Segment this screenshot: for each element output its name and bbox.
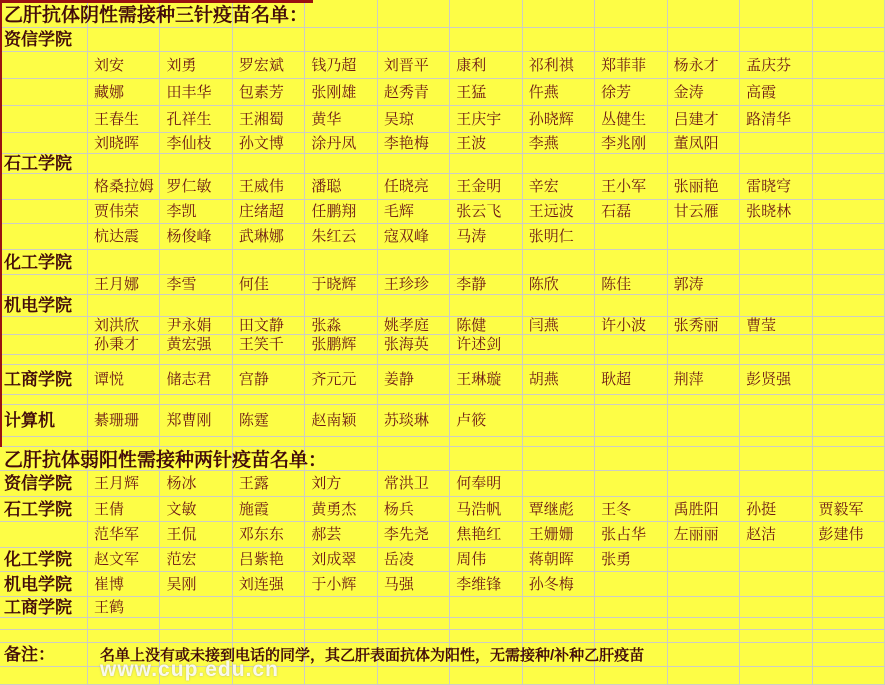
- table-cell[interactable]: [813, 133, 885, 154]
- table-cell[interactable]: [378, 447, 450, 471]
- row-label-cell[interactable]: [0, 224, 88, 250]
- table-cell[interactable]: [378, 667, 450, 685]
- row-label-cell[interactable]: [0, 0, 88, 28]
- table-cell[interactable]: [813, 52, 885, 79]
- table-cell[interactable]: [740, 667, 812, 685]
- table-cell[interactable]: [595, 437, 667, 447]
- row-label-cell[interactable]: [0, 355, 88, 365]
- table-cell[interactable]: [233, 154, 305, 174]
- table-cell[interactable]: 黄勇杰: [305, 497, 377, 522]
- table-cell[interactable]: [668, 250, 740, 275]
- table-cell[interactable]: [595, 0, 667, 28]
- table-cell[interactable]: 武琳娜: [233, 224, 305, 250]
- table-cell[interactable]: [595, 572, 667, 597]
- table-cell[interactable]: 李仙枝: [160, 133, 232, 154]
- table-cell[interactable]: [233, 28, 305, 52]
- table-cell[interactable]: [668, 224, 740, 250]
- row-label-cell[interactable]: [0, 79, 88, 106]
- table-cell[interactable]: [668, 405, 740, 437]
- table-cell[interactable]: [668, 597, 740, 618]
- table-cell[interactable]: [88, 395, 160, 405]
- table-cell[interactable]: 杨冰: [160, 471, 232, 497]
- table-cell[interactable]: [595, 154, 667, 174]
- table-cell[interactable]: [813, 174, 885, 200]
- table-cell[interactable]: 罗宏斌: [233, 52, 305, 79]
- table-cell[interactable]: [160, 447, 232, 471]
- table-cell[interactable]: [595, 667, 667, 685]
- table-cell[interactable]: [740, 28, 812, 52]
- table-cell[interactable]: [305, 437, 377, 447]
- table-cell[interactable]: [740, 154, 812, 174]
- table-cell[interactable]: [523, 447, 595, 471]
- table-cell[interactable]: 范华军: [88, 522, 160, 548]
- table-cell[interactable]: 孟庆芬: [740, 52, 812, 79]
- table-cell[interactable]: [88, 154, 160, 174]
- table-cell[interactable]: [523, 643, 595, 667]
- table-cell[interactable]: [88, 630, 160, 643]
- table-cell[interactable]: 王猛: [450, 79, 522, 106]
- table-cell[interactable]: 左丽丽: [668, 522, 740, 548]
- row-label-cell[interactable]: [0, 447, 88, 471]
- table-cell[interactable]: 张占华: [595, 522, 667, 548]
- table-cell[interactable]: 潘聪: [305, 174, 377, 200]
- table-cell[interactable]: 张秀丽: [668, 317, 740, 335]
- table-cell[interactable]: 马强: [378, 572, 450, 597]
- table-cell[interactable]: [450, 28, 522, 52]
- table-cell[interactable]: 杨俊峰: [160, 224, 232, 250]
- table-cell[interactable]: [378, 295, 450, 317]
- table-cell[interactable]: [595, 643, 667, 667]
- table-cell[interactable]: 王月娜: [88, 275, 160, 295]
- table-cell[interactable]: [740, 643, 812, 667]
- table-cell[interactable]: [160, 437, 232, 447]
- table-cell[interactable]: [668, 572, 740, 597]
- table-cell[interactable]: 赵洁: [740, 522, 812, 548]
- row-label-cell[interactable]: [0, 437, 88, 447]
- table-cell[interactable]: 李凯: [160, 200, 232, 224]
- table-cell[interactable]: [668, 643, 740, 667]
- table-cell[interactable]: [668, 548, 740, 572]
- table-cell[interactable]: [595, 224, 667, 250]
- table-cell[interactable]: 李雪: [160, 275, 232, 295]
- table-cell[interactable]: [668, 395, 740, 405]
- table-cell[interactable]: [523, 618, 595, 630]
- table-cell[interactable]: 焦艳红: [450, 522, 522, 548]
- table-cell[interactable]: 许述剑: [450, 335, 522, 355]
- table-cell[interactable]: 孙晓辉: [523, 106, 595, 133]
- table-cell[interactable]: 姜静: [378, 365, 450, 395]
- table-cell[interactable]: 庄绪超: [233, 200, 305, 224]
- table-cell[interactable]: 金涛: [668, 79, 740, 106]
- table-cell[interactable]: [378, 618, 450, 630]
- table-cell[interactable]: [595, 630, 667, 643]
- table-cell[interactable]: [305, 447, 377, 471]
- table-cell[interactable]: [740, 355, 812, 365]
- table-cell[interactable]: [88, 355, 160, 365]
- table-cell[interactable]: 李静: [450, 275, 522, 295]
- table-cell[interactable]: 王笑千: [233, 335, 305, 355]
- table-cell[interactable]: 周伟: [450, 548, 522, 572]
- table-cell[interactable]: 储志君: [160, 365, 232, 395]
- table-cell[interactable]: [305, 250, 377, 275]
- table-cell[interactable]: [595, 447, 667, 471]
- table-cell[interactable]: [450, 395, 522, 405]
- table-cell[interactable]: [523, 471, 595, 497]
- table-cell[interactable]: 许小波: [595, 317, 667, 335]
- table-cell[interactable]: [523, 28, 595, 52]
- table-cell[interactable]: [160, 618, 232, 630]
- table-cell[interactable]: 罗仁敏: [160, 174, 232, 200]
- table-cell[interactable]: 贾伟荣: [88, 200, 160, 224]
- table-cell[interactable]: [160, 0, 232, 28]
- table-cell[interactable]: 刘晋平: [378, 52, 450, 79]
- table-cell[interactable]: [595, 597, 667, 618]
- table-cell[interactable]: [595, 355, 667, 365]
- table-cell[interactable]: 王月辉: [88, 471, 160, 497]
- table-cell[interactable]: [233, 355, 305, 365]
- table-cell[interactable]: [740, 133, 812, 154]
- table-cell[interactable]: [813, 0, 885, 28]
- table-cell[interactable]: [813, 630, 885, 643]
- table-cell[interactable]: 张勇: [595, 548, 667, 572]
- table-cell[interactable]: [813, 572, 885, 597]
- table-cell[interactable]: [450, 0, 522, 28]
- row-label-cell[interactable]: 机电学院: [0, 295, 88, 317]
- table-cell[interactable]: 董凤阳: [668, 133, 740, 154]
- table-cell[interactable]: 于晓辉: [305, 275, 377, 295]
- row-label-cell[interactable]: 机电学院: [0, 572, 88, 597]
- table-cell[interactable]: [668, 335, 740, 355]
- table-cell[interactable]: [668, 355, 740, 365]
- table-cell[interactable]: 刘成翠: [305, 548, 377, 572]
- table-cell[interactable]: 李先尧: [378, 522, 450, 548]
- table-cell[interactable]: [595, 395, 667, 405]
- table-cell[interactable]: [523, 295, 595, 317]
- table-cell[interactable]: 雷晓穹: [740, 174, 812, 200]
- table-cell[interactable]: [740, 548, 812, 572]
- table-cell[interactable]: [233, 295, 305, 317]
- row-label-cell[interactable]: [0, 522, 88, 548]
- table-cell[interactable]: [160, 28, 232, 52]
- table-cell[interactable]: [813, 106, 885, 133]
- table-cell[interactable]: [813, 28, 885, 52]
- table-cell[interactable]: 文敏: [160, 497, 232, 522]
- table-cell[interactable]: [88, 250, 160, 275]
- table-cell[interactable]: [450, 618, 522, 630]
- row-label-cell[interactable]: [0, 106, 88, 133]
- table-cell[interactable]: 李兆刚: [595, 133, 667, 154]
- note-label-cell[interactable]: 备注：: [0, 643, 88, 667]
- table-cell[interactable]: [450, 250, 522, 275]
- table-cell[interactable]: [668, 447, 740, 471]
- row-label-cell[interactable]: 计算机: [0, 405, 88, 437]
- table-cell[interactable]: [378, 250, 450, 275]
- table-cell[interactable]: [450, 597, 522, 618]
- table-cell[interactable]: 孙文博: [233, 133, 305, 154]
- table-cell[interactable]: 王姗姗: [523, 522, 595, 548]
- table-cell[interactable]: [233, 630, 305, 643]
- table-cell[interactable]: 陈欣: [523, 275, 595, 295]
- table-cell[interactable]: [450, 667, 522, 685]
- table-cell[interactable]: 王琳璇: [450, 365, 522, 395]
- table-cell[interactable]: [813, 395, 885, 405]
- row-label-cell[interactable]: [0, 667, 88, 685]
- table-cell[interactable]: [450, 437, 522, 447]
- table-cell[interactable]: 郑菲菲: [595, 52, 667, 79]
- table-cell[interactable]: [523, 355, 595, 365]
- table-cell[interactable]: 任晓亮: [378, 174, 450, 200]
- table-cell[interactable]: [813, 447, 885, 471]
- table-cell[interactable]: 李燕: [523, 133, 595, 154]
- table-cell[interactable]: 张晓林: [740, 200, 812, 224]
- table-cell[interactable]: [233, 437, 305, 447]
- table-cell[interactable]: [668, 154, 740, 174]
- table-cell[interactable]: [305, 630, 377, 643]
- table-cell[interactable]: 胡燕: [523, 365, 595, 395]
- table-cell[interactable]: [740, 630, 812, 643]
- table-cell[interactable]: 杭达震: [88, 224, 160, 250]
- table-cell[interactable]: [595, 28, 667, 52]
- table-cell[interactable]: [305, 643, 377, 667]
- table-cell[interactable]: 曹莹: [740, 317, 812, 335]
- row-label-cell[interactable]: [0, 275, 88, 295]
- table-cell[interactable]: 王倩: [88, 497, 160, 522]
- table-cell[interactable]: [160, 395, 232, 405]
- table-cell[interactable]: 高霞: [740, 79, 812, 106]
- table-cell[interactable]: 郝芸: [305, 522, 377, 548]
- table-cell[interactable]: [378, 643, 450, 667]
- table-cell[interactable]: [813, 275, 885, 295]
- table-cell[interactable]: 彭贤强: [740, 365, 812, 395]
- table-cell[interactable]: [233, 395, 305, 405]
- table-cell[interactable]: [88, 0, 160, 28]
- table-cell[interactable]: [668, 295, 740, 317]
- table-cell[interactable]: 王珍珍: [378, 275, 450, 295]
- table-cell[interactable]: 耿超: [595, 365, 667, 395]
- table-cell[interactable]: [813, 618, 885, 630]
- table-cell[interactable]: [450, 295, 522, 317]
- table-cell[interactable]: 孙挺: [740, 497, 812, 522]
- table-cell[interactable]: 吴刚: [160, 572, 232, 597]
- table-cell[interactable]: 陈健: [450, 317, 522, 335]
- table-cell[interactable]: [233, 447, 305, 471]
- table-cell[interactable]: 赵南颖: [305, 405, 377, 437]
- table-cell[interactable]: [523, 250, 595, 275]
- row-label-cell[interactable]: [0, 317, 88, 335]
- table-cell[interactable]: [813, 335, 885, 355]
- row-label-cell[interactable]: 化工学院: [0, 250, 88, 275]
- table-cell[interactable]: [668, 471, 740, 497]
- table-cell[interactable]: [450, 154, 522, 174]
- table-cell[interactable]: [305, 355, 377, 365]
- table-cell[interactable]: 贾毅军: [813, 497, 885, 522]
- table-cell[interactable]: [378, 28, 450, 52]
- table-cell[interactable]: 张鹏辉: [305, 335, 377, 355]
- table-cell[interactable]: 王冬: [595, 497, 667, 522]
- table-cell[interactable]: [813, 437, 885, 447]
- table-cell[interactable]: [740, 405, 812, 437]
- table-cell[interactable]: [160, 250, 232, 275]
- table-cell[interactable]: [450, 447, 522, 471]
- table-cell[interactable]: 苏琰琳: [378, 405, 450, 437]
- table-cell[interactable]: [160, 630, 232, 643]
- table-cell[interactable]: [668, 0, 740, 28]
- table-cell[interactable]: [813, 79, 885, 106]
- table-cell[interactable]: 朱红云: [305, 224, 377, 250]
- table-cell[interactable]: 禹胜阳: [668, 497, 740, 522]
- table-cell[interactable]: [813, 250, 885, 275]
- table-cell[interactable]: 藏娜: [88, 79, 160, 106]
- table-cell[interactable]: 杨永才: [668, 52, 740, 79]
- table-cell[interactable]: [523, 0, 595, 28]
- table-cell[interactable]: [523, 597, 595, 618]
- table-cell[interactable]: 蒋朝晖: [523, 548, 595, 572]
- table-cell[interactable]: [813, 643, 885, 667]
- table-cell[interactable]: [668, 437, 740, 447]
- table-cell[interactable]: [523, 437, 595, 447]
- table-cell[interactable]: [740, 335, 812, 355]
- row-label-cell[interactable]: [0, 133, 88, 154]
- table-cell[interactable]: 包素芳: [233, 79, 305, 106]
- table-cell[interactable]: [160, 355, 232, 365]
- table-cell[interactable]: 任鹏翔: [305, 200, 377, 224]
- table-cell[interactable]: [160, 597, 232, 618]
- table-cell[interactable]: 吕紫艳: [233, 548, 305, 572]
- table-cell[interactable]: [305, 618, 377, 630]
- table-cell[interactable]: 黄宏强: [160, 335, 232, 355]
- table-cell[interactable]: [378, 154, 450, 174]
- table-cell[interactable]: [740, 250, 812, 275]
- table-cell[interactable]: [740, 224, 812, 250]
- table-cell[interactable]: 孙秉才: [88, 335, 160, 355]
- table-cell[interactable]: [595, 405, 667, 437]
- table-cell[interactable]: 张海英: [378, 335, 450, 355]
- table-cell[interactable]: [305, 0, 377, 28]
- table-cell[interactable]: [813, 295, 885, 317]
- table-cell[interactable]: [740, 572, 812, 597]
- table-cell[interactable]: 刘洪欣: [88, 317, 160, 335]
- table-cell[interactable]: 齐元元: [305, 365, 377, 395]
- table-cell[interactable]: 刘方: [305, 471, 377, 497]
- table-cell[interactable]: 吴琼: [378, 106, 450, 133]
- table-cell[interactable]: 刘勇: [160, 52, 232, 79]
- table-cell[interactable]: [305, 395, 377, 405]
- table-cell[interactable]: [813, 365, 885, 395]
- table-cell[interactable]: [88, 447, 160, 471]
- table-cell[interactable]: [740, 471, 812, 497]
- table-cell[interactable]: 石磊: [595, 200, 667, 224]
- table-cell[interactable]: [813, 154, 885, 174]
- table-cell[interactable]: 宫静: [233, 365, 305, 395]
- table-cell[interactable]: 王金明: [450, 174, 522, 200]
- table-cell[interactable]: [595, 471, 667, 497]
- table-cell[interactable]: [813, 224, 885, 250]
- table-cell[interactable]: 于小辉: [305, 572, 377, 597]
- table-cell[interactable]: 格桑拉姆: [88, 174, 160, 200]
- table-cell[interactable]: [668, 667, 740, 685]
- row-label-cell[interactable]: [0, 618, 88, 630]
- table-cell[interactable]: 张刚雄: [305, 79, 377, 106]
- table-cell[interactable]: [740, 437, 812, 447]
- table-cell[interactable]: 王庆宇: [450, 106, 522, 133]
- table-cell[interactable]: [378, 437, 450, 447]
- table-cell[interactable]: [523, 154, 595, 174]
- table-cell[interactable]: [378, 597, 450, 618]
- table-cell[interactable]: 王侃: [160, 522, 232, 548]
- table-cell[interactable]: 谭悦: [88, 365, 160, 395]
- table-cell[interactable]: [450, 643, 522, 667]
- table-cell[interactable]: 刘晓晖: [88, 133, 160, 154]
- table-cell[interactable]: [523, 667, 595, 685]
- table-cell[interactable]: 李艳梅: [378, 133, 450, 154]
- table-cell[interactable]: [305, 667, 377, 685]
- table-cell[interactable]: 邓东东: [233, 522, 305, 548]
- table-cell[interactable]: 赵秀青: [378, 79, 450, 106]
- table-cell[interactable]: 施霞: [233, 497, 305, 522]
- table-cell[interactable]: [813, 405, 885, 437]
- table-cell[interactable]: 张丽艳: [668, 174, 740, 200]
- table-cell[interactable]: 孙冬梅: [523, 572, 595, 597]
- table-cell[interactable]: 吕建才: [668, 106, 740, 133]
- table-cell[interactable]: [740, 0, 812, 28]
- table-cell[interactable]: [160, 154, 232, 174]
- table-cell[interactable]: [813, 355, 885, 365]
- table-cell[interactable]: 崔博: [88, 572, 160, 597]
- table-cell[interactable]: [740, 618, 812, 630]
- row-label-cell[interactable]: 石工学院: [0, 497, 88, 522]
- table-cell[interactable]: 王波: [450, 133, 522, 154]
- table-cell[interactable]: [740, 597, 812, 618]
- table-cell[interactable]: [813, 548, 885, 572]
- table-cell[interactable]: [378, 630, 450, 643]
- table-cell[interactable]: [813, 200, 885, 224]
- table-cell[interactable]: [668, 28, 740, 52]
- table-cell[interactable]: 路清华: [740, 106, 812, 133]
- table-cell[interactable]: 王春生: [88, 106, 160, 133]
- table-cell[interactable]: 覃继彪: [523, 497, 595, 522]
- row-label-cell[interactable]: [0, 200, 88, 224]
- table-cell[interactable]: 张云飞: [450, 200, 522, 224]
- table-cell[interactable]: 赵文军: [88, 548, 160, 572]
- table-cell[interactable]: 康利: [450, 52, 522, 79]
- table-cell[interactable]: 黄华: [305, 106, 377, 133]
- table-cell[interactable]: [88, 437, 160, 447]
- table-cell[interactable]: 孔祥生: [160, 106, 232, 133]
- table-cell[interactable]: [523, 395, 595, 405]
- table-cell[interactable]: [740, 295, 812, 317]
- table-cell[interactable]: 马涛: [450, 224, 522, 250]
- table-cell[interactable]: 岳凌: [378, 548, 450, 572]
- table-cell[interactable]: [305, 28, 377, 52]
- table-cell[interactable]: 张明仁: [523, 224, 595, 250]
- table-cell[interactable]: [233, 597, 305, 618]
- table-cell[interactable]: [595, 335, 667, 355]
- table-cell[interactable]: [305, 154, 377, 174]
- table-cell[interactable]: 闫燕: [523, 317, 595, 335]
- table-cell[interactable]: 陈霆: [233, 405, 305, 437]
- table-cell[interactable]: 刘连强: [233, 572, 305, 597]
- table-cell[interactable]: [305, 597, 377, 618]
- table-cell[interactable]: 杨兵: [378, 497, 450, 522]
- row-label-cell[interactable]: 资信学院: [0, 471, 88, 497]
- table-cell[interactable]: 綦珊珊: [88, 405, 160, 437]
- table-cell[interactable]: 郭涛: [668, 275, 740, 295]
- row-label-cell[interactable]: [0, 630, 88, 643]
- table-cell[interactable]: [450, 355, 522, 365]
- table-cell[interactable]: 彭建伟: [813, 522, 885, 548]
- table-cell[interactable]: 毛辉: [378, 200, 450, 224]
- table-cell[interactable]: 陈佳: [595, 275, 667, 295]
